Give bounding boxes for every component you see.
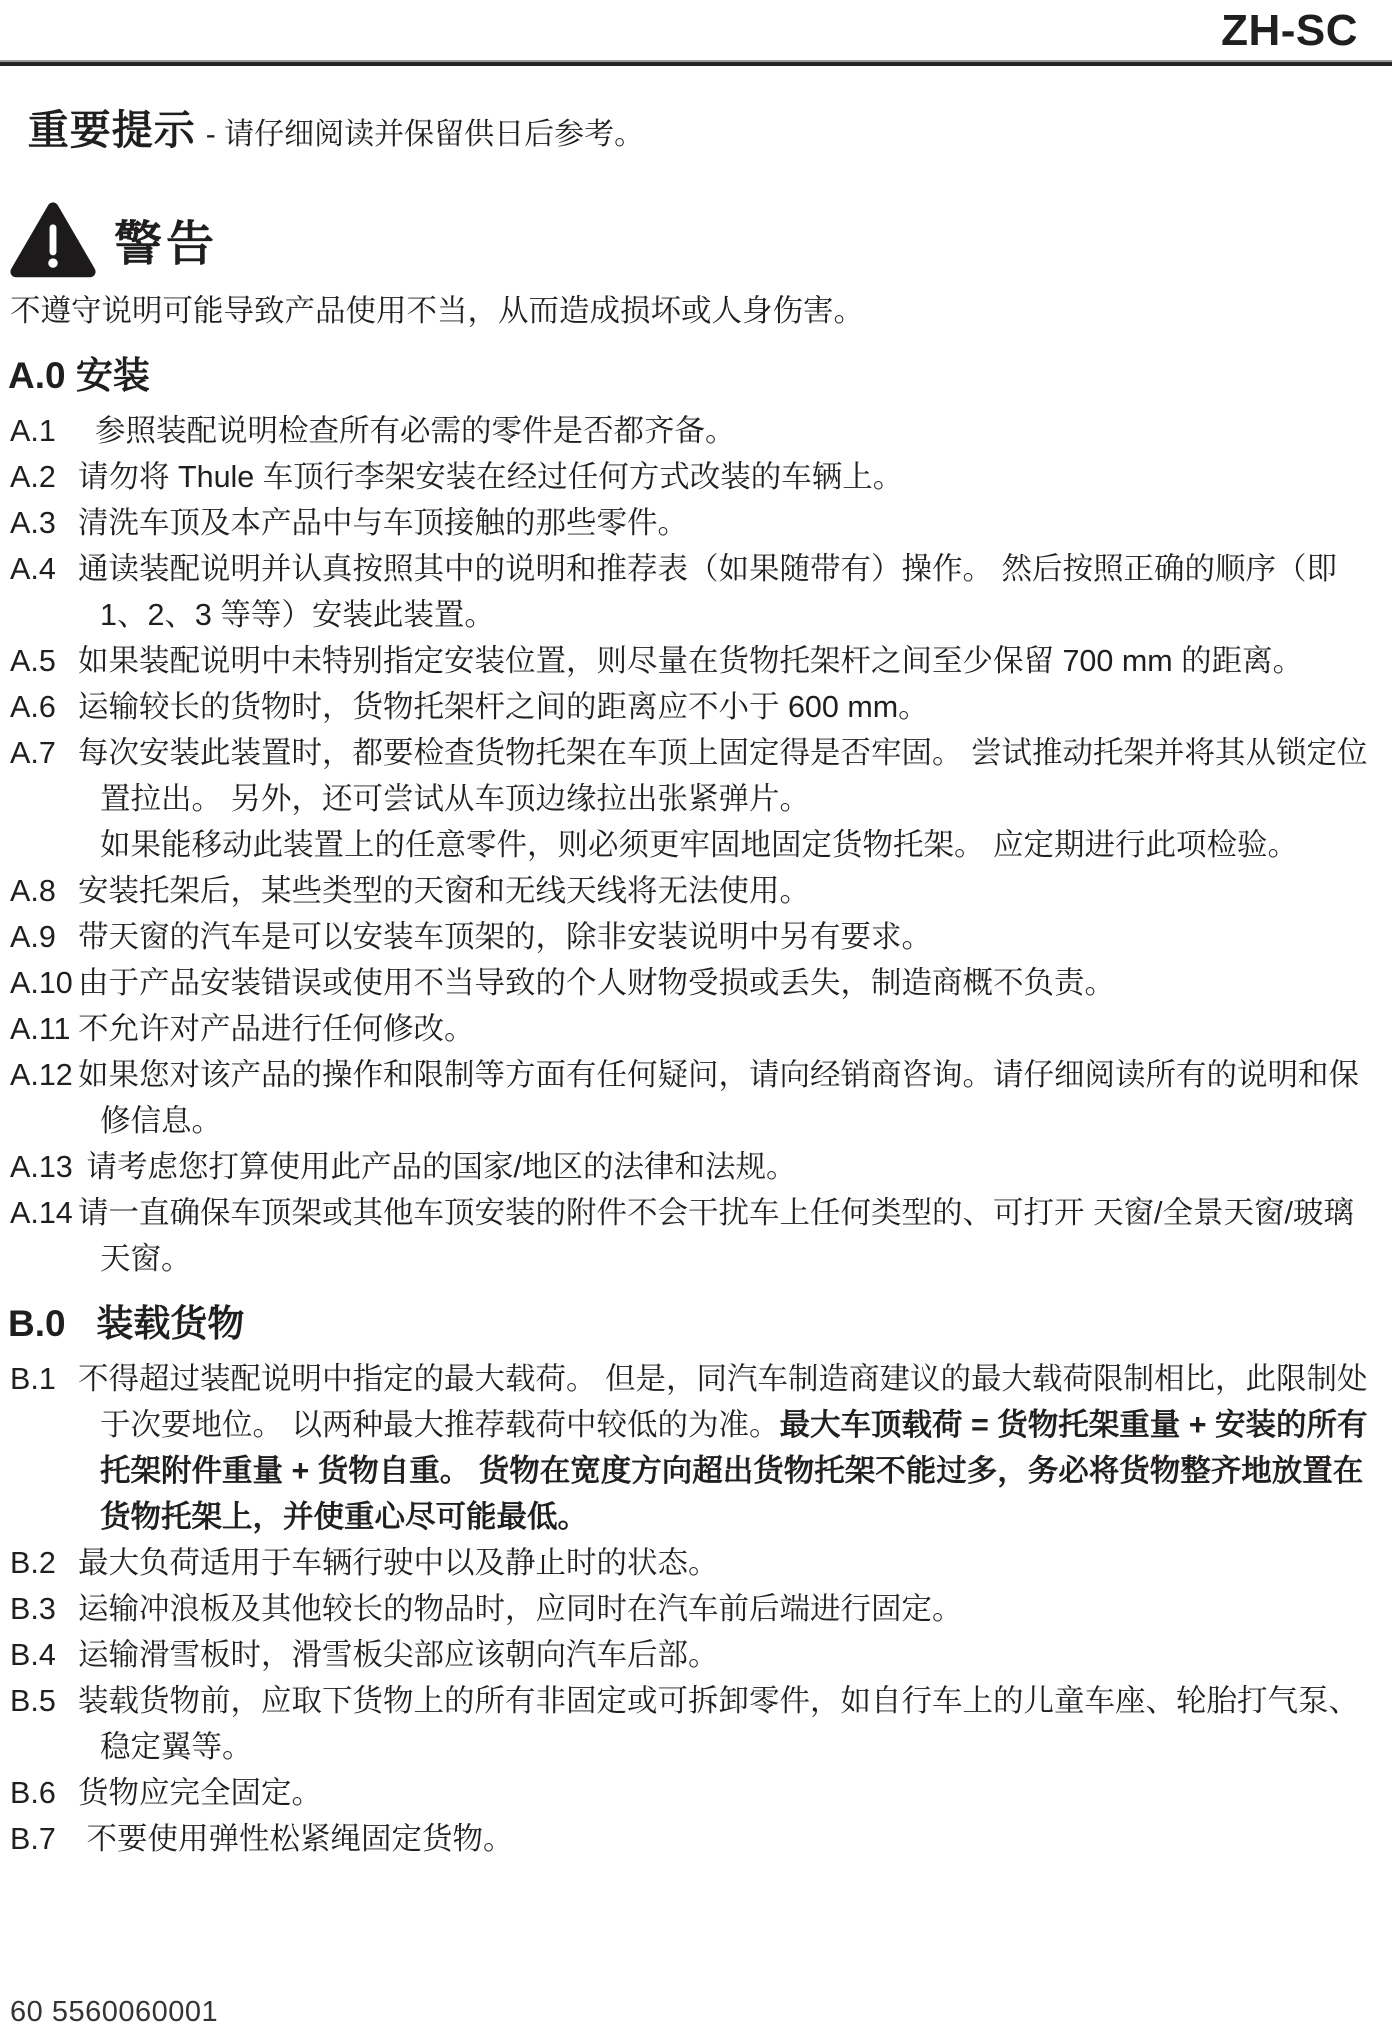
list-item: A.13 请考虑您打算使用此产品的国家/地区的法律和法规。 — [0, 1144, 1392, 1190]
item-text: 运输滑雪板时，滑雪板尖部应该朝向汽车后部。 — [78, 1632, 1392, 1678]
item-label: A.8 — [0, 868, 78, 914]
item-label: A.7 — [0, 730, 78, 776]
list-item: B.1 不得超过装配说明中指定的最大载荷。 但是，同汽车制造商建议的最大载荷限制… — [0, 1356, 1392, 1540]
item-label: A.11 — [0, 1006, 78, 1052]
item-label: A.6 — [0, 684, 78, 730]
list-item: A.10 由于产品安装错误或使用不当导致的个人财物受损或丢失，制造商概不负责。 — [0, 960, 1392, 1006]
list-item: A.1 参照装配说明检查所有必需的零件是否都齐备。 — [0, 408, 1392, 454]
sections: A.0 安装 A.1 参照装配说明检查所有必需的零件是否都齐备。 A.2 请勿将… — [0, 350, 1392, 1862]
item-text: 不得超过装配说明中指定的最大载荷。 但是，同汽车制造商建议的最大载荷限制相比，此… — [78, 1356, 1392, 1540]
item-text: 不要使用弹性松紧绳固定货物。 — [78, 1816, 1392, 1862]
item-text: 如果您对该产品的操作和限制等方面有任何疑问，请向经销商咨询。请仔细阅读所有的说明… — [78, 1052, 1392, 1144]
item-label: A.5 — [0, 638, 78, 684]
item-text: 装载货物前，应取下货物上的所有非固定或可拆卸零件，如自行车上的儿童车座、轮胎打气… — [78, 1678, 1392, 1770]
list-item: A.9 带天窗的汽车是可以安装车顶架的，除非安装说明中另有要求。 — [0, 914, 1392, 960]
item-label: A.3 — [0, 500, 78, 546]
important-notice: 重要提示- 请仔细阅读并保留供日后参考。 — [10, 79, 1382, 174]
list-item: A.5 如果装配说明中未特别指定安装位置，则尽量在货物托架杆之间至少保留 700… — [0, 638, 1392, 684]
item-text: 运输冲浪板及其他较长的物品时，应同时在汽车前后端进行固定。 — [78, 1586, 1392, 1632]
list-item: A.6 运输较长的货物时，货物托架杆之间的距离应不小于 600 mm。 — [0, 684, 1392, 730]
section-heading: B.0 装载货物 — [8, 1298, 1392, 1350]
item-label: B.6 — [0, 1770, 78, 1816]
warning-triangle-icon — [10, 200, 96, 278]
list-item: A.7 每次安装此装置时，都要检查货物托架在车顶上固定得是否牢固。 尝试推动托架… — [0, 730, 1392, 868]
item-text: 带天窗的汽车是可以安装车顶架的，除非安装说明中另有要求。 — [78, 914, 1392, 960]
list-item: B.3 运输冲浪板及其他较长的物品时，应同时在汽车前后端进行固定。 — [0, 1586, 1392, 1632]
item-text: 请考虑您打算使用此产品的国家/地区的法律和法规。 — [78, 1144, 1392, 1190]
item-text: 安装托架后，某些类型的天窗和无线天线将无法使用。 — [78, 868, 1392, 914]
item-text: 货物应完全固定。 — [78, 1770, 1392, 1816]
item-text: 清洗车顶及本产品中与车顶接触的那些零件。 — [78, 500, 1392, 546]
section-heading: A.0 安装 — [8, 350, 1392, 402]
item-label: A.12 — [0, 1052, 78, 1098]
list-item: A.12 如果您对该产品的操作和限制等方面有任何疑问，请向经销商咨询。请仔细阅读… — [0, 1052, 1392, 1144]
item-text: 请勿将 Thule 车顶行李架安装在经过任何方式改装的车辆上。 — [78, 454, 1392, 500]
warning-body: 不遵守说明可能导致产品使用不当，从而造成损坏或人身伤害。 — [10, 288, 1380, 334]
item-text: 通读装配说明并认真按照其中的说明和推荐表（如果随带有）操作。 然后按照正确的顺序… — [78, 546, 1392, 638]
list-item: B.4 运输滑雪板时，滑雪板尖部应该朝向汽车后部。 — [0, 1632, 1392, 1678]
item-label: A.4 — [0, 546, 78, 592]
page-header: ZH-SC — [0, 0, 1392, 56]
item-label: A.10 — [0, 960, 78, 1006]
item-label: A.14 — [0, 1190, 78, 1236]
item-label: A.1 — [0, 408, 78, 454]
item-label: B.7 — [0, 1816, 78, 1862]
item-label: A.9 — [0, 914, 78, 960]
list-item: B.7 不要使用弹性松紧绳固定货物。 — [0, 1816, 1392, 1862]
item-text: 由于产品安装错误或使用不当导致的个人财物受损或丢失，制造商概不负责。 — [78, 960, 1392, 1006]
item-text: 如果装配说明中未特别指定安装位置，则尽量在货物托架杆之间至少保留 700 mm … — [78, 638, 1392, 684]
list-item: A.2 请勿将 Thule 车顶行李架安装在经过任何方式改装的车辆上。 — [0, 454, 1392, 500]
list-item: A.14 请一直确保车顶架或其他车顶安装的附件不会干扰车上任何类型的、可打开 天… — [0, 1190, 1392, 1282]
item-text: 最大负荷适用于车辆行驶中以及静止时的状态。 — [78, 1540, 1392, 1586]
list-item: B.2 最大负荷适用于车辆行驶中以及静止时的状态。 — [0, 1540, 1392, 1586]
language-code: ZH-SC — [1221, 6, 1358, 55]
list-item: B.5 装载货物前，应取下货物上的所有非固定或可拆卸零件，如自行车上的儿童车座、… — [0, 1678, 1392, 1770]
item-label: B.5 — [0, 1678, 78, 1724]
footer-part-number: 60 5560060001 — [10, 1996, 218, 2029]
list-item: A.4 通读装配说明并认真按照其中的说明和推荐表（如果随带有）操作。 然后按照正… — [0, 546, 1392, 638]
list-item: A.8 安装托架后，某些类型的天窗和无线天线将无法使用。 — [0, 868, 1392, 914]
item-label: B.4 — [0, 1632, 78, 1678]
item-label: A.13 — [0, 1144, 78, 1190]
section: A.0 安装 A.1 参照装配说明检查所有必需的零件是否都齐备。 A.2 请勿将… — [0, 350, 1392, 1282]
item-text: 不允许对产品进行任何修改。 — [78, 1006, 1392, 1052]
list-item: A.3 清洗车顶及本产品中与车顶接触的那些零件。 — [0, 500, 1392, 546]
manual-page: ZH-SC 重要提示- 请仔细阅读并保留供日后参考。 警告 不遵守说明可能导致产… — [0, 0, 1392, 2039]
header-divider — [0, 60, 1392, 66]
item-text: 每次安装此装置时，都要检查货物托架在车顶上固定得是否牢固。 尝试推动托架并将其从… — [78, 730, 1392, 868]
section: B.0 装载货物 B.1 不得超过装配说明中指定的最大载荷。 但是，同汽车制造商… — [0, 1298, 1392, 1862]
item-label: B.1 — [0, 1356, 78, 1402]
list-item: A.11 不允许对产品进行任何修改。 — [0, 1006, 1392, 1052]
item-label: B.3 — [0, 1586, 78, 1632]
section-items: B.1 不得超过装配说明中指定的最大载荷。 但是，同汽车制造商建议的最大载荷限制… — [0, 1356, 1392, 1862]
item-text: 请一直确保车顶架或其他车顶安装的附件不会干扰车上任何类型的、可打开 天窗/全景天… — [78, 1190, 1392, 1282]
section-items: A.1 参照装配说明检查所有必需的零件是否都齐备。 A.2 请勿将 Thule … — [0, 408, 1392, 1282]
item-text: 运输较长的货物时，货物托架杆之间的距离应不小于 600 mm。 — [78, 684, 1392, 730]
notice-subtitle: - 请仔细阅读并保留供日后参考。 — [206, 118, 644, 151]
list-item: B.6 货物应完全固定。 — [0, 1770, 1392, 1816]
item-text: 参照装配说明检查所有必需的零件是否都齐备。 — [78, 408, 1392, 454]
item-label: A.2 — [0, 454, 78, 500]
warning-title: 警告 — [114, 205, 218, 274]
notice-title: 重要提示 — [28, 107, 196, 153]
item-label: B.2 — [0, 1540, 78, 1586]
warning-header: 警告 — [10, 200, 1392, 278]
